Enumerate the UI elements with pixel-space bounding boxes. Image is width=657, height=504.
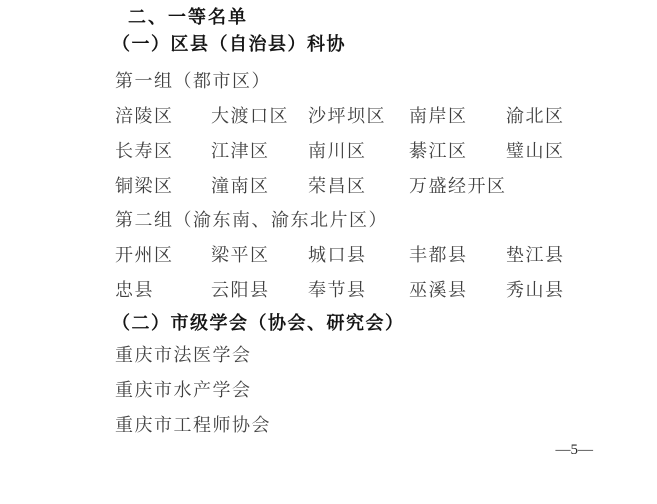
district-name: 大渡口区 bbox=[211, 106, 308, 127]
district-row: 长寿区 江津区 南川区 綦江区 璧山区 bbox=[115, 141, 615, 162]
district-name: 铜梁区 bbox=[115, 176, 211, 197]
subsection-title-societies: （二）市级学会（协会、研究会） bbox=[112, 313, 405, 334]
district-name: 开州区 bbox=[115, 245, 211, 266]
society-name: 重庆市水产学会 bbox=[115, 380, 252, 401]
district-name: 沙坪坝区 bbox=[308, 106, 409, 127]
district-name bbox=[506, 176, 615, 197]
district-name: 南岸区 bbox=[409, 106, 506, 127]
district-name: 奉节县 bbox=[308, 280, 409, 301]
district-name: 巫溪县 bbox=[409, 280, 506, 301]
page-number: —5— bbox=[556, 442, 594, 459]
district-name: 潼南区 bbox=[211, 176, 308, 197]
group-label-first: 第一组（都市区） bbox=[115, 71, 271, 92]
district-name: 涪陵区 bbox=[115, 106, 211, 127]
district-name: 璧山区 bbox=[506, 141, 615, 162]
district-name: 长寿区 bbox=[115, 141, 211, 162]
society-name: 重庆市法医学会 bbox=[115, 345, 252, 366]
group-label-second: 第二组（渝东南、渝东北片区） bbox=[115, 210, 388, 231]
district-name: 城口县 bbox=[308, 245, 409, 266]
subsection-title-districts: （一）区县（自治县）科协 bbox=[112, 34, 346, 55]
district-name: 云阳县 bbox=[211, 280, 308, 301]
district-name: 綦江区 bbox=[409, 141, 506, 162]
district-name: 秀山县 bbox=[506, 280, 615, 301]
district-row: 涪陵区 大渡口区 沙坪坝区 南岸区 渝北区 bbox=[115, 106, 615, 127]
society-name: 重庆市工程师协会 bbox=[115, 415, 271, 436]
district-name: 南川区 bbox=[308, 141, 409, 162]
district-row: 铜梁区 潼南区 荣昌区 万盛经开区 bbox=[115, 176, 615, 197]
district-row: 开州区 梁平区 城口县 丰都县 垫江县 bbox=[115, 245, 615, 266]
document-page: 二、一等名单 （一）区县（自治县）科协 第一组（都市区） 涪陵区 大渡口区 沙坪… bbox=[0, 0, 657, 504]
district-name: 江津区 bbox=[211, 141, 308, 162]
district-name: 梁平区 bbox=[211, 245, 308, 266]
district-name: 垫江县 bbox=[506, 245, 615, 266]
district-name: 渝北区 bbox=[506, 106, 615, 127]
section-title: 二、一等名单 bbox=[128, 7, 248, 28]
district-row: 忠县 云阳县 奉节县 巫溪县 秀山县 bbox=[115, 280, 615, 301]
district-name: 丰都县 bbox=[409, 245, 506, 266]
district-name: 万盛经开区 bbox=[409, 176, 506, 197]
district-name: 荣昌区 bbox=[308, 176, 409, 197]
district-name: 忠县 bbox=[115, 280, 211, 301]
